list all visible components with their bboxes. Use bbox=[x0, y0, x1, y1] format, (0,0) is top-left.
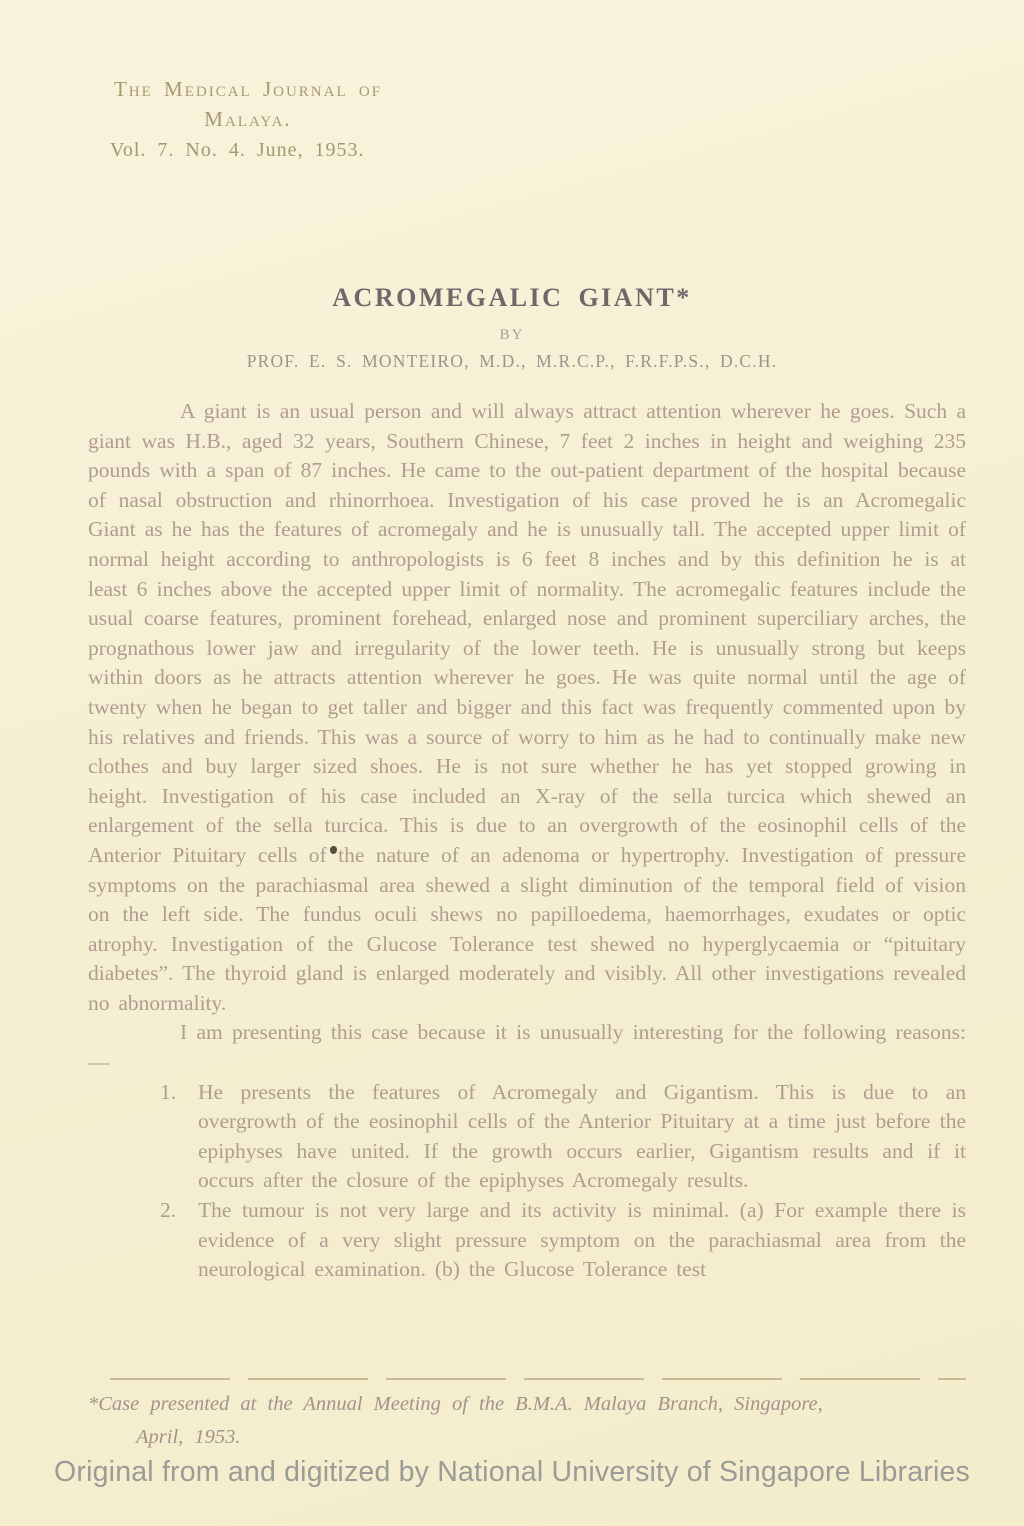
article-title-wrap: ACROMEGALIC GIANT* bbox=[0, 283, 1024, 313]
footnote-line2: April, 1953. bbox=[88, 1421, 972, 1454]
journal-masthead: The Medical Journal of Malaya. Vol. 7. N… bbox=[100, 74, 396, 166]
article-body: A giant is an usual person and will alwa… bbox=[88, 397, 966, 1285]
list-item-1-number: 1. bbox=[160, 1078, 176, 1108]
list-item-1-text: He presents the features of Acromegaly a… bbox=[198, 1080, 966, 1193]
scanned-journal-page: The Medical Journal of Malaya. Vol. 7. N… bbox=[0, 0, 1024, 1526]
journal-name-line2: Malaya. bbox=[100, 104, 396, 134]
list-item-2: 2. The tumour is not very large and its … bbox=[88, 1196, 966, 1285]
byline-label: BY bbox=[0, 327, 1024, 344]
author-line: PROF. E. S. MONTEIRO, M.D., M.R.C.P., F.… bbox=[0, 351, 1024, 372]
list-item-2-text: The tumour is not very large and its act… bbox=[198, 1198, 966, 1281]
footnote: *Case presented at the Annual Meeting of… bbox=[88, 1388, 972, 1454]
digitization-notice: Original from and digitized by National … bbox=[0, 1456, 1024, 1489]
footnote-divider bbox=[110, 1378, 966, 1380]
reasons-list: 1. He presents the features of Acromegal… bbox=[88, 1078, 966, 1285]
body-paragraph-1: A giant is an usual person and will alwa… bbox=[88, 397, 966, 1018]
article-title: ACROMEGALIC GIANT* bbox=[332, 283, 691, 312]
footnote-line1: *Case presented at the Annual Meeting of… bbox=[88, 1388, 972, 1421]
body-paragraph-2: I am presenting this case because it is … bbox=[88, 1018, 966, 1077]
list-item-1: 1. He presents the features of Acromegal… bbox=[88, 1078, 966, 1196]
journal-issue-line: Vol. 7. No. 4. June, 1953. bbox=[100, 134, 396, 166]
list-item-2-number: 2. bbox=[160, 1196, 176, 1226]
journal-name-line1: The Medical Journal of bbox=[100, 74, 396, 104]
